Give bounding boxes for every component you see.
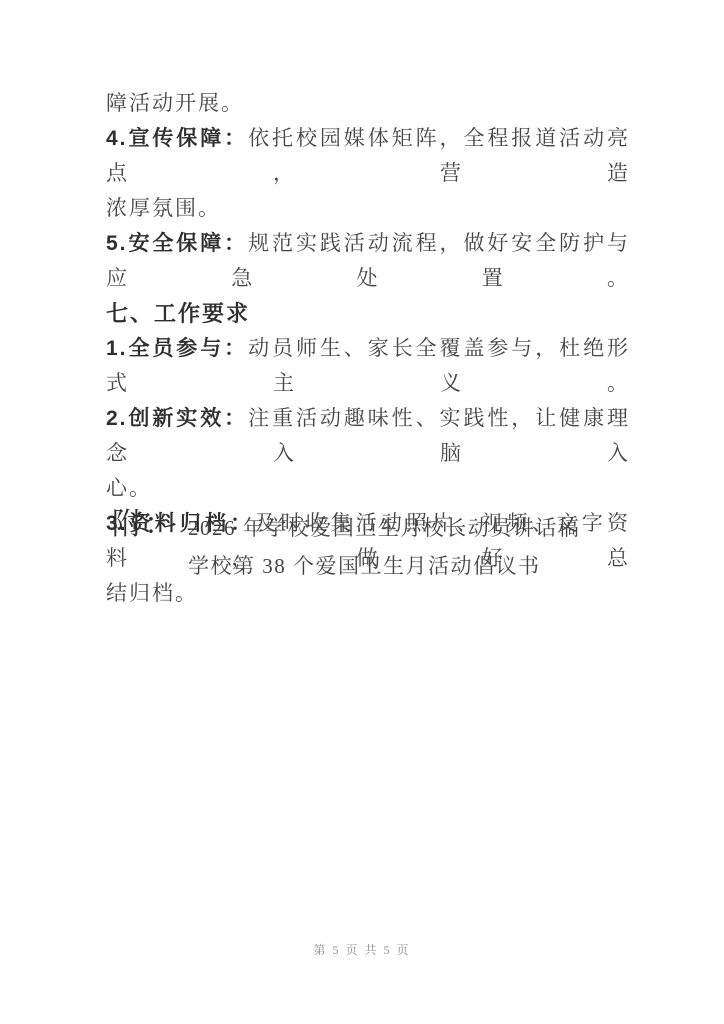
attachment-items: 2026 年学校爱国卫生月校长动员讲话稿 学校第 38 个爱国卫生月活动倡议书 <box>188 509 580 585</box>
attachment-item: 学校第 38 个爱国卫生月活动倡议书 <box>188 547 580 585</box>
attachment-label: 附： <box>112 506 176 544</box>
line-label: 2.创新实效： <box>106 407 248 430</box>
line-text: 障活动开展。 <box>106 91 244 115</box>
line-text: 心。 <box>106 476 152 500</box>
line-label: 1.全员参与： <box>106 337 248 360</box>
page-number: 第 5 页 共 5 页 <box>313 943 410 957</box>
page-footer: 第 5 页 共 5 页 <box>0 941 724 959</box>
line-label: 5.安全保障： <box>106 232 248 255</box>
line-label: 4.宣传保障： <box>106 127 248 150</box>
text-line: 2.创新实效：注重活动趣味性、实践性，让健康理念入脑入 <box>106 401 630 471</box>
text-line: 障活动开展。 <box>106 86 630 121</box>
text-line: 5.安全保障：规范实践活动流程，做好安全防护与应急处置。 <box>106 226 630 296</box>
line-text: 七、工作要求 <box>106 301 250 326</box>
attachment-item: 2026 年学校爱国卫生月校长动员讲话稿 <box>188 509 580 547</box>
text-line: 心。 <box>106 471 630 506</box>
attachment-block: 附： 2026 年学校爱国卫生月校长动员讲话稿 学校第 38 个爱国卫生月活动倡… <box>112 506 580 585</box>
text-line: 浓厚氛围。 <box>106 191 630 226</box>
document-page: 障活动开展。 4.宣传保障：依托校园媒体矩阵，全程报道活动亮点，营造 浓厚氛围。… <box>0 0 724 1024</box>
text-line: 七、工作要求 <box>106 296 630 331</box>
text-line: 1.全员参与：动员师生、家长全覆盖参与，杜绝形式主义。 <box>106 331 630 401</box>
text-line: 4.宣传保障：依托校园媒体矩阵，全程报道活动亮点，营造 <box>106 121 630 191</box>
line-text: 浓厚氛围。 <box>106 196 221 220</box>
